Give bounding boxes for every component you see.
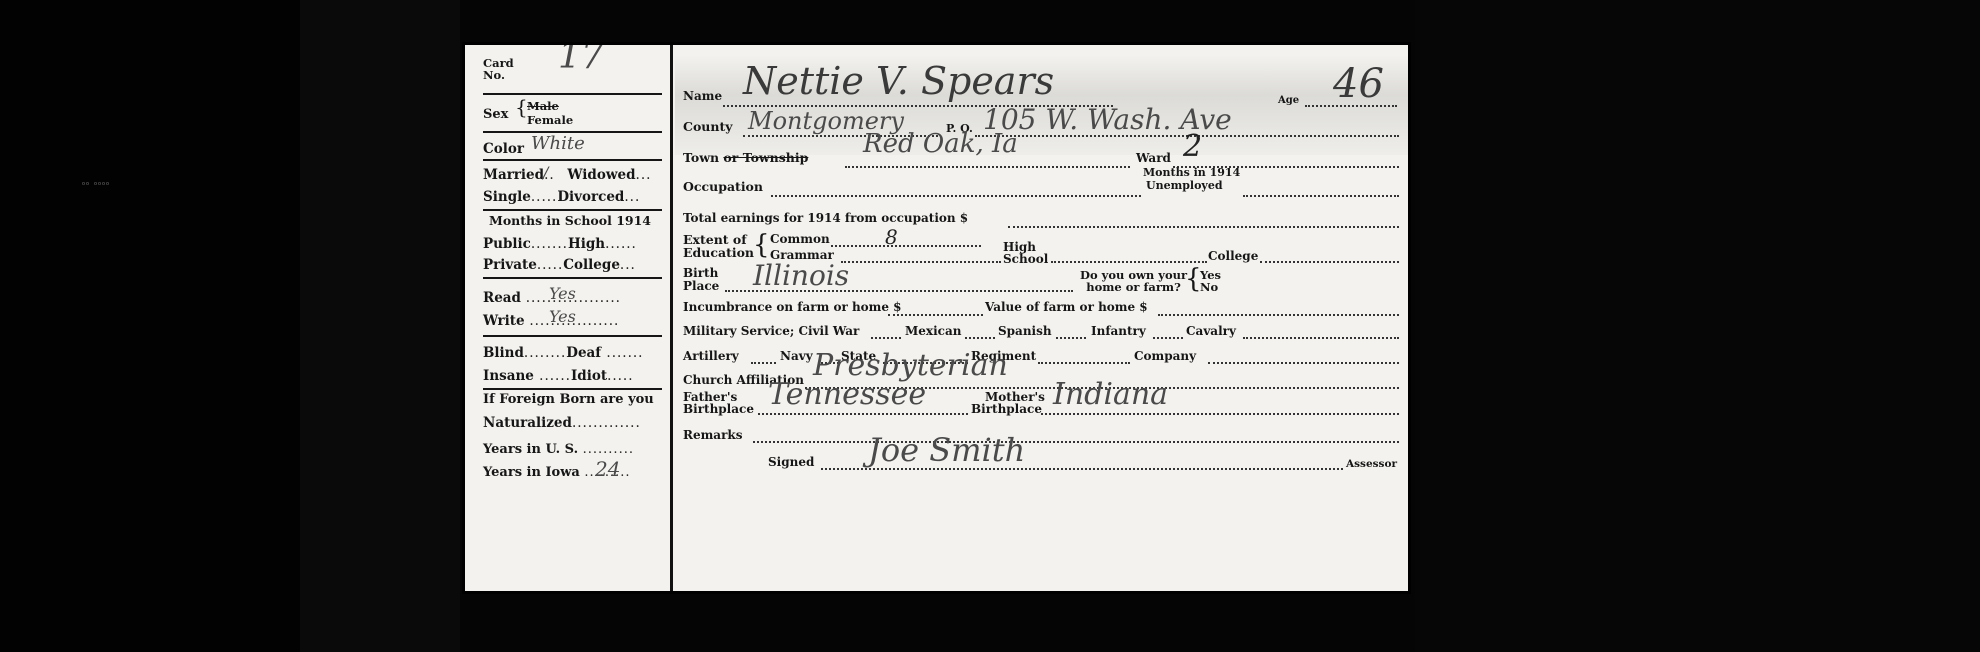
mexican-label: Mexican [905,324,961,338]
assessor-label: Assessor [1346,458,1397,470]
card-number-field: Card No. 17 [483,57,662,95]
incumbrance-line [888,314,983,316]
years-us-field: Years in U. S. .......... [483,442,662,462]
public-label: Public [483,236,531,252]
earnings-line [1008,226,1399,228]
film-margin-left-inner [300,0,460,652]
years-iowa-field: Years in Iowa ......... 24 [483,465,662,485]
years-iowa-value: 24 [595,457,620,481]
father-birthplace-value: Tennessee [768,377,926,412]
read-label: Read [483,290,521,306]
blind-deaf-row: Blind........Deaf ....... [483,345,662,365]
value-label: Value of farm or home $ [985,300,1148,314]
town-line [845,166,1130,168]
single-label: Single [483,189,531,205]
own-home-label: Do you own yourhome or farm? [1080,269,1187,293]
incumbrance-label: Incumbrance on farm or home $ [683,300,902,314]
father-birthplace-line [758,413,968,415]
occupation-label: Occupation [683,179,763,194]
years-us-label: Years in U. S. [483,442,578,457]
education-label: Extent ofEducation [683,233,754,259]
private-label: Private [483,257,537,273]
married-value: / [543,163,548,182]
color-field: Color White [483,133,662,161]
value-line [1158,314,1399,316]
birth-place-value: Illinois [753,259,849,292]
years-iowa-label: Years in Iowa [483,465,580,480]
township-struck-label: or Township [723,150,808,165]
blind-label: Blind [483,345,524,361]
signed-label: Signed [768,455,814,469]
town-value: Red Oak, Ia [863,129,1018,159]
education-brace: { [753,233,770,257]
occupation-line [771,195,1141,197]
married-widowed-row: Married.. / Widowed... [483,167,662,187]
common-label: Common [770,232,830,246]
name-label: Name [683,89,722,103]
company-label: Company [1134,349,1196,363]
insane-label: Insane [483,368,534,384]
cavalry-label: Cavalry [1186,324,1236,338]
sex-female-option: Female [527,114,573,126]
card-left-column: Card No. 17 Sex { Male Female Color Whit… [465,45,670,591]
unemployed-label: Unemployed [1146,179,1223,192]
census-card: Card No. 17 Sex { Male Female Color Whit… [465,45,1408,591]
card-number-value: 17 [558,51,604,63]
birth-label-1: Birth [683,266,718,280]
spanish-line [1056,337,1086,339]
school-heading: Months in School 1914 [489,213,662,233]
widowed-label: Widowed [567,167,635,183]
college-line [1260,261,1399,263]
card-right-column: Name Nettie V. Spears Age 46 County Mont… [673,45,1408,591]
sex-male-option: Male [527,100,559,112]
spanish-label: Spanish [998,324,1052,338]
education-label-2: Education [683,245,754,260]
father-birthplace-label: Father'sBirthplace [683,391,754,415]
public-high-row: Public.......High...... [483,236,662,256]
mother-birthplace-value: Indiana [1053,377,1168,412]
insane-idiot-row: Insane ......Idiot..... [483,368,662,390]
married-label: Married [483,167,544,183]
write-label: Write [483,313,525,329]
college-label: College [563,257,620,273]
sex-field: Sex { Male Female [483,97,662,133]
high-school-line [1051,261,1207,263]
father-label-2: Birthplace [683,402,754,416]
county-label: County [683,119,733,134]
age-value: 46 [1333,61,1384,107]
name-value: Nettie V. Spears [743,59,1054,103]
mother-label-2: Birthplace [971,402,1042,416]
town-label-group: Town or Township [683,150,808,165]
film-frame-mark: oo oooo [82,181,137,187]
signed-value: Joe Smith [868,431,1025,469]
idiot-label: Idiot [571,368,607,384]
remarks-label: Remarks [683,428,742,442]
film-margin-left [0,0,300,652]
ward-value: 2 [1183,129,1202,164]
divorced-label: Divorced [557,189,624,205]
common-value: 8 [885,225,898,249]
write-field: Write ................. Yes [483,313,662,337]
color-label: Color [483,141,524,157]
age-label: Age [1278,95,1299,106]
infantry-line [1153,337,1183,339]
college-label: College [1208,249,1258,263]
own-no-option: No [1200,280,1218,294]
artillery-line [751,362,776,364]
cavalry-line [1243,337,1399,339]
own-label-2: home or farm? [1086,280,1181,294]
civil-war-line [871,337,901,339]
grammar-line [841,261,1001,263]
military-service-label: Military Service; Civil War [683,324,859,338]
sex-label: Sex [483,107,508,122]
sex-brace: { [515,95,528,119]
earnings-label: Total earnings for 1914 from occupation … [683,211,968,225]
read-value: Yes [549,284,576,303]
navy-label: Navy [780,349,813,363]
remarks-line [753,441,1399,443]
birth-label-2: Place [683,279,719,293]
private-college-row: Private.....College... [483,257,662,279]
color-value: White [531,133,585,154]
ward-label: Ward [1136,151,1171,165]
write-value: Yes [549,307,576,326]
birth-place-label: BirthPlace [683,267,719,293]
high-school-label: HighSchool [1003,241,1048,265]
mexican-line [965,337,995,339]
film-margin-right [1415,0,1980,652]
months-1914-label: Months in 1914 [1143,166,1240,179]
town-label: Town [683,150,719,165]
unemployed-line [1243,195,1399,197]
single-divorced-row: Single.....Divorced... [483,189,662,211]
artillery-label: Artillery [683,349,739,363]
infantry-label: Infantry [1091,324,1146,338]
regiment-line [1038,362,1130,364]
high-label: High [568,236,605,252]
deaf-label: Deaf [566,345,601,361]
company-line [1208,362,1399,364]
foreign-born-label: If Foreign Born are you [483,392,662,412]
naturalized-label: Naturalized [483,415,572,431]
own-options: YesNo [1200,269,1221,293]
common-line [831,245,981,247]
high-school-label-2: School [1003,252,1048,266]
mother-birthplace-line [1041,413,1399,415]
mother-birthplace-label: Mother'sBirthplace [971,391,1045,415]
naturalized-field: Naturalized............. [483,415,662,435]
